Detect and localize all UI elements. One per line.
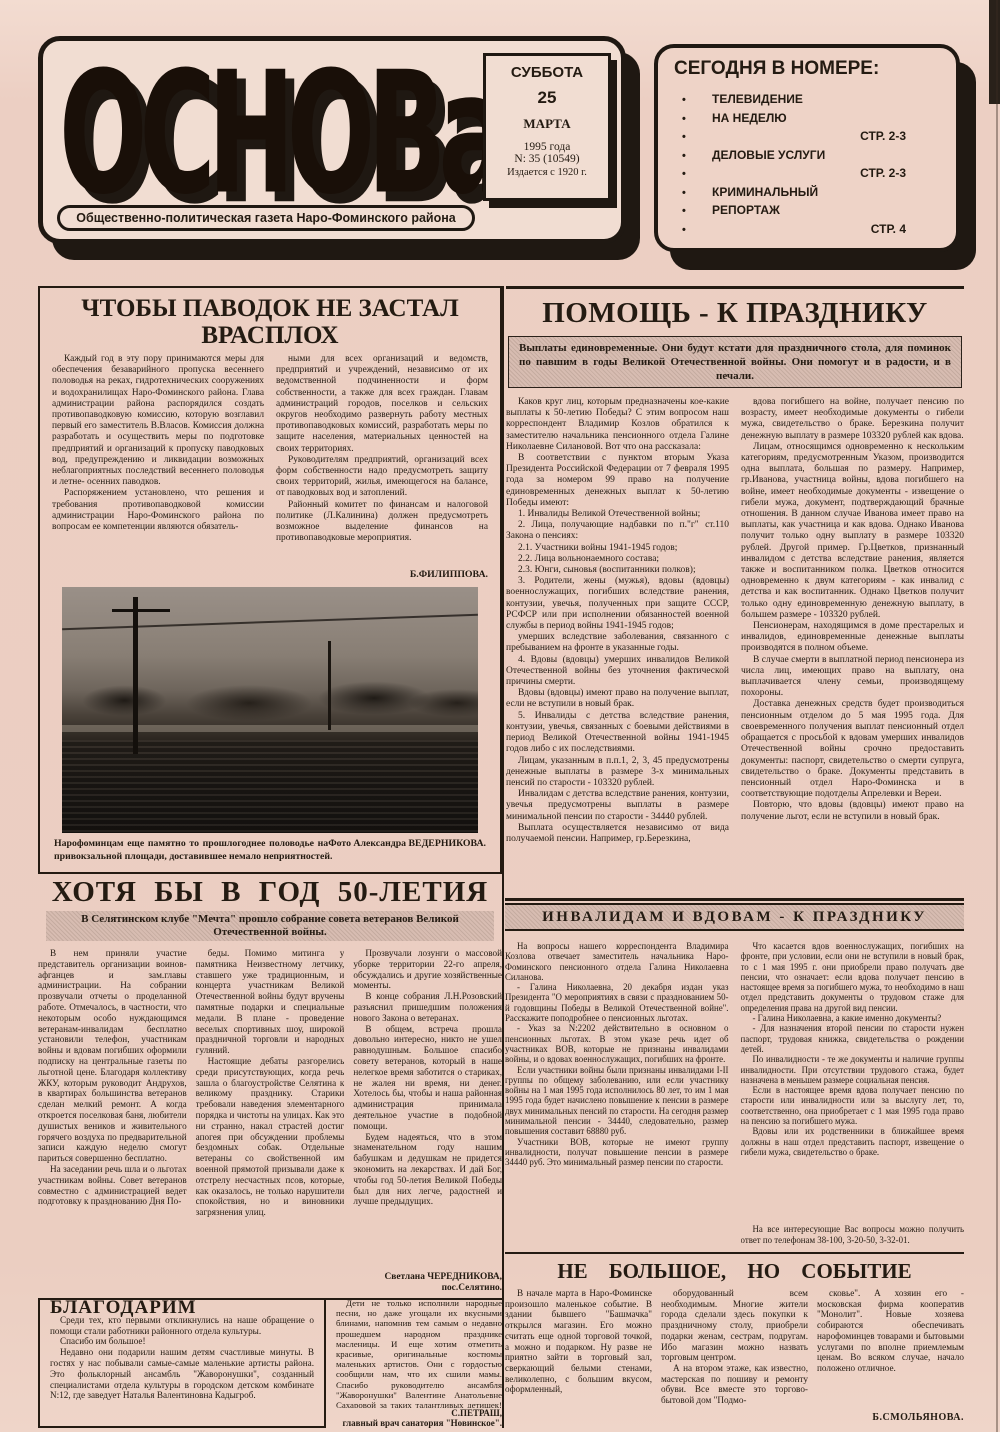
- article-anniversary-col3: Прозвучали лозунги о массовой уборке тер…: [353, 948, 502, 1294]
- paragraph: В случае смерти в выплатной период пенси…: [741, 655, 964, 700]
- section-invalids-columns: На вопросы нашего корреспондента Владими…: [505, 941, 964, 1245]
- section-invalids-col1: На вопросы нашего корреспондента Владими…: [505, 941, 729, 1245]
- article-flood-columns: Каждый год в эту пору принимаются меры д…: [52, 354, 488, 580]
- paragraph: Спасибо им большое!: [50, 1336, 314, 1347]
- toc-item: •ТЕЛЕВИДЕНИЕ: [674, 92, 940, 111]
- paragraph: Повторю, что вдовы (вдовцы) имеют право …: [741, 800, 964, 822]
- article-anniversary-columns: В нем приняли участие представитель орга…: [38, 948, 502, 1294]
- paragraph: А на втором этаже, как известно, мастерс…: [661, 1363, 808, 1406]
- paragraph: 2.2. Лица вольнонаемного состава;: [506, 554, 729, 565]
- masthead: ОСНОВа СУББОТА 25 МАРТА 1995 года N: 35 …: [38, 36, 626, 244]
- paragraph: Если в настоящее время вдова получает пе…: [741, 1085, 965, 1126]
- paragraph: беды. Помимо митинга у памятника Неизвес…: [196, 948, 345, 1056]
- thanks-byline: С.ПЕТРАШ,: [336, 1408, 502, 1418]
- article-flood-col2: ными для всех организаций и ведомств, пр…: [276, 354, 488, 580]
- thanks-continuation: Дети не только исполнили народные песни,…: [336, 1298, 502, 1428]
- scan-edge-artifact: [989, 0, 1000, 104]
- year: 1995 года: [486, 141, 608, 153]
- article-anniversary-subtitle: В Селятинском клубе "Мечта" прошло собра…: [46, 911, 494, 941]
- toc-item: •РЕПОРТАЖ: [674, 203, 940, 222]
- toc-page-ref: СТР. 2-3: [860, 129, 906, 143]
- paragraph: Каков круг лиц, которым предназначены ко…: [506, 397, 729, 453]
- paragraph: - Галина Николаевна, а какие именно доку…: [741, 1013, 965, 1023]
- photo-caption-text: Нарофоминцам еще памятно то прошлогоднее…: [54, 838, 332, 862]
- bullet-icon: •: [674, 168, 712, 180]
- paragraph: Руководителям предприятий, организаций в…: [276, 455, 488, 500]
- article-anniversary-col1: В нем приняли участие представитель орга…: [38, 948, 187, 1294]
- weekday: СУББОТА: [486, 64, 608, 81]
- date-box: СУББОТА 25 МАРТА 1995 года N: 35 (10549)…: [483, 53, 611, 201]
- toc-item-label: КРИМИНАЛЬНЫЙ: [712, 185, 818, 199]
- article-help-col1: Каков круг лиц, которым предназначены ко…: [506, 397, 729, 891]
- toc-item: •КРИМИНАЛЬНЫЙ: [674, 185, 940, 204]
- photo-platform-edge: [62, 725, 478, 732]
- paragraph: Среди тех, кто первыми откликнулись на н…: [50, 1315, 314, 1337]
- paragraph: ными для всех организаций и ведомств, пр…: [276, 354, 488, 455]
- bullet-icon: •: [674, 224, 712, 236]
- bullet-icon: •: [674, 187, 712, 199]
- paragraph: На вопросы нашего корреспондента Владими…: [505, 941, 729, 982]
- paragraph: Вдовы (вдовцы) имеют право на получение …: [506, 688, 729, 710]
- section-invalids-col2: Что касается вдов военнослужащих, погибш…: [741, 941, 965, 1245]
- paragraph: По инвалидности - те же документы и нали…: [741, 1054, 965, 1085]
- paragraph: Будем надеяться, что в этом знаменательн…: [353, 1132, 502, 1208]
- paragraph: В соответствии с пунктом вторым Указа Пр…: [506, 453, 729, 509]
- article-flood-title: ЧТОБЫ ПАВОДОК НЕ ЗАСТАЛ ВРАСПЛОХ: [46, 296, 494, 349]
- bullet-icon: •: [674, 150, 712, 162]
- thanks-paragraphs: Среди тех, кто первыми откликнулись на н…: [50, 1315, 314, 1401]
- paragraph: Каждый год в эту пору принимаются меры д…: [52, 354, 264, 488]
- masthead-subtitle: Общественно-политическая газета Наро-Фом…: [57, 205, 475, 231]
- section-event: НЕ БОЛЬШОЕ, НО СОБЫТИЕ В начале марта в …: [505, 1252, 964, 1424]
- paragraph: Настоящие дебаты разгорелись среди прису…: [196, 1056, 345, 1218]
- photo-pole-2: [328, 641, 331, 730]
- article-anniversary-byline: Светлана ЧЕРЕДНИКОВА,: [353, 1272, 502, 1283]
- bullet-icon: •: [674, 94, 712, 106]
- paragraph: - Для назначения второй пенсии по старос…: [741, 1023, 965, 1054]
- article-anniversary-byline-place: пос.Селятино.: [353, 1283, 502, 1294]
- month: МАРТА: [486, 116, 608, 132]
- paragraph: Если участники войны были признаны инвал…: [505, 1065, 729, 1137]
- paragraph: 3. Родители, жены (мужья), вдовы (вдовцы…: [506, 576, 729, 632]
- paragraph: Недавно они подарили нашим детям счастли…: [50, 1347, 314, 1401]
- toc-item-label: РЕПОРТАЖ: [712, 203, 780, 217]
- paragraph: 2. Лица, получающие надбавки по п."г" ст…: [506, 520, 729, 542]
- article-flood-col1: Каждый год в эту пору принимаются меры д…: [52, 354, 264, 580]
- paragraph: В общем, встреча прошла довольно интерес…: [353, 1024, 502, 1132]
- article-help-lead: Выплаты единовременные. Они будут кстати…: [508, 336, 962, 388]
- photo-wire: [62, 614, 478, 630]
- paragraph: В начале марта в Наро-Фоминске произошло…: [505, 1288, 652, 1395]
- article-anniversary-title: ХОТЯ БЫ В ГОД 50-ЛЕТИЯ: [38, 876, 502, 909]
- photo-treeline: [62, 676, 478, 725]
- thanks-byline-title: главный врач санатория "Новинское".: [336, 1418, 502, 1428]
- article-help: ПОМОЩЬ - К ПРАЗДНИКУ Выплаты единовремен…: [506, 286, 964, 891]
- photo-pole: [133, 597, 138, 754]
- section-event-col3: сковье". А хозяин его - московская фирма…: [817, 1288, 964, 1424]
- paragraph: Распоряжением установлено, что решения и…: [52, 488, 264, 533]
- today-list: •ТЕЛЕВИДЕНИЕ•НА НЕДЕЛЮ•СТР. 2-3•ДЕЛОВЫЕ …: [674, 92, 940, 240]
- toc-item-label: ДЕЛОВЫЕ УСЛУГИ: [712, 148, 825, 162]
- article-flood: ЧТОБЫ ПАВОДОК НЕ ЗАСТАЛ ВРАСПЛОХ Каждый …: [38, 286, 502, 874]
- paragraph: Дети не только исполнили народные песни,…: [336, 1298, 502, 1408]
- paragraph: На заседании речь шла и о льготах участн…: [38, 1164, 187, 1207]
- bottom-left-row: БЛАГОДАРИМ Среди тех, кто первыми отклик…: [38, 1298, 502, 1428]
- photo-caption: Фото Александра ВЕДЕРНИКОВА. Нарофоминца…: [54, 838, 486, 863]
- section-event-col2: оборудованный всем необходимым. Многие ж…: [661, 1288, 808, 1424]
- paragraph: 5. Инвалиды с детства вследствие ранения…: [506, 711, 729, 756]
- paragraph: - Галина Николаевна, 20 декабря издан ук…: [505, 982, 729, 1023]
- published-since: Издается с 1920 г.: [486, 167, 608, 178]
- toc-page-ref: СТР. 4: [871, 222, 906, 236]
- paragraph: Лицам, относящимся одновременно к нескол…: [741, 442, 964, 621]
- thanks-box: БЛАГОДАРИМ Среди тех, кто первыми отклик…: [38, 1298, 326, 1428]
- paragraph: В нем приняли участие представитель орга…: [38, 948, 187, 1164]
- article-anniversary: ХОТЯ БЫ В ГОД 50-ЛЕТИЯ В Селятинском клу…: [38, 876, 502, 1300]
- today-title: СЕГОДНЯ В НОМЕРЕ:: [674, 58, 940, 80]
- contact-phones: На все интересующие Вас вопросы можно по…: [741, 1224, 965, 1245]
- article-flood-byline: Б.ФИЛИППОВА.: [276, 569, 488, 580]
- paragraph: Доставка денежных средств будет производ…: [741, 699, 964, 800]
- flood-photo: [62, 587, 478, 833]
- today-in-issue-box: СЕГОДНЯ В НОМЕРЕ: •ТЕЛЕВИДЕНИЕ•НА НЕДЕЛЮ…: [654, 44, 960, 252]
- paragraph: 1. Инвалиды Великой Отечественной войны;: [506, 509, 729, 520]
- paragraph: сковье". А хозяин его - московская фирма…: [817, 1288, 964, 1374]
- article-help-title: ПОМОЩЬ - К ПРАЗДНИКУ: [506, 297, 964, 330]
- paragraph: 2.1. Участники войны 1941-1945 годов;: [506, 543, 729, 554]
- column-divider: [502, 286, 504, 1428]
- toc-page-ref: СТР. 2-3: [860, 166, 906, 180]
- section-invalids-widows: ИНВАЛИДАМ И ВДОВАМ - К ПРАЗДНИКУ На вопр…: [505, 898, 964, 1245]
- thanks-title: БЛАГОДАРИМ: [50, 1303, 314, 1314]
- paragraph: оборудованный всем необходимым. Многие ж…: [661, 1288, 808, 1363]
- paragraph: вдова погибшего на войне, получает пенси…: [741, 397, 964, 442]
- toc-item: •СТР. 2-3: [674, 166, 940, 185]
- paragraph: Лицам, указанным в п.п.1, 2, 3, 45 преду…: [506, 756, 729, 790]
- paragraph: Выплата осуществляется независимо от вид…: [506, 823, 729, 845]
- paragraph: Районный комитет по финансам и налоговой…: [276, 500, 488, 545]
- paragraph: В конце собрания Л.Н.Розовский разъяснил…: [353, 991, 502, 1023]
- newspaper-logo: ОСНОВа: [59, 49, 501, 217]
- bullet-icon: •: [674, 113, 712, 125]
- paragraph: Прозвучали лозунги о массовой уборке тер…: [353, 948, 502, 991]
- paragraph: Что касается вдов военнослужащих, погибш…: [741, 941, 965, 1013]
- article-help-columns: Каков круг лиц, которым предназначены ко…: [506, 397, 964, 891]
- paragraph: Вдовы или их родственники в ближайшее вр…: [741, 1126, 965, 1157]
- bullet-icon: •: [674, 131, 712, 143]
- toc-item: •ДЕЛОВЫЕ УСЛУГИ: [674, 148, 940, 167]
- paragraph: Пенсионерам, находящимся в доме престаре…: [741, 621, 964, 655]
- section-event-title: НЕ БОЛЬШОЕ, НО СОБЫТИЕ: [505, 1259, 964, 1284]
- section-event-byline: Б.СМОЛЬЯНОВА.: [817, 1413, 964, 1424]
- scan-edge-line: [996, 0, 998, 1432]
- issue-number: N: 35 (10549): [486, 153, 608, 165]
- paragraph: Участники ВОВ, которые не имеют группу и…: [505, 1137, 729, 1168]
- toc-item-label: ТЕЛЕВИДЕНИЕ: [712, 92, 803, 106]
- article-help-col2: вдова погибшего на войне, получает пенси…: [741, 397, 964, 891]
- photo-pole-arm: [112, 609, 170, 612]
- photo-flood-water: [62, 740, 478, 833]
- toc-item: •НА НЕДЕЛЮ: [674, 111, 940, 130]
- toc-item: •СТР. 4: [674, 222, 940, 241]
- paragraph: умерших вследствие заболевания, связанно…: [506, 632, 729, 654]
- day-number: 25: [486, 88, 608, 108]
- paragraph: - Указ за N:2202 действительно в основно…: [505, 1023, 729, 1064]
- section-event-columns: В начале марта в Наро-Фоминске произошло…: [505, 1288, 964, 1424]
- article-anniversary-col2: беды. Помимо митинга у памятника Неизвес…: [196, 948, 345, 1294]
- bullet-icon: •: [674, 205, 712, 217]
- section-invalids-title: ИНВАЛИДАМ И ВДОВАМ - К ПРАЗДНИКУ: [505, 903, 964, 931]
- toc-item-label: НА НЕДЕЛЮ: [712, 111, 787, 125]
- paragraph: Инвалидам с детства вследствие ранения, …: [506, 789, 729, 823]
- section-event-col1: В начале марта в Наро-Фоминске произошло…: [505, 1288, 652, 1424]
- newspaper-page: ОСНОВа СУББОТА 25 МАРТА 1995 года N: 35 …: [0, 0, 1000, 1432]
- paragraph: 4. Вдовы (вдовцы) умерших инвалидов Вели…: [506, 655, 729, 689]
- toc-item: •СТР. 2-3: [674, 129, 940, 148]
- photo-credit: Фото Александра ВЕДЕРНИКОВА.: [328, 838, 486, 851]
- paragraph: 2.3. Юнги, сыновья (воспитанники полков)…: [506, 565, 729, 576]
